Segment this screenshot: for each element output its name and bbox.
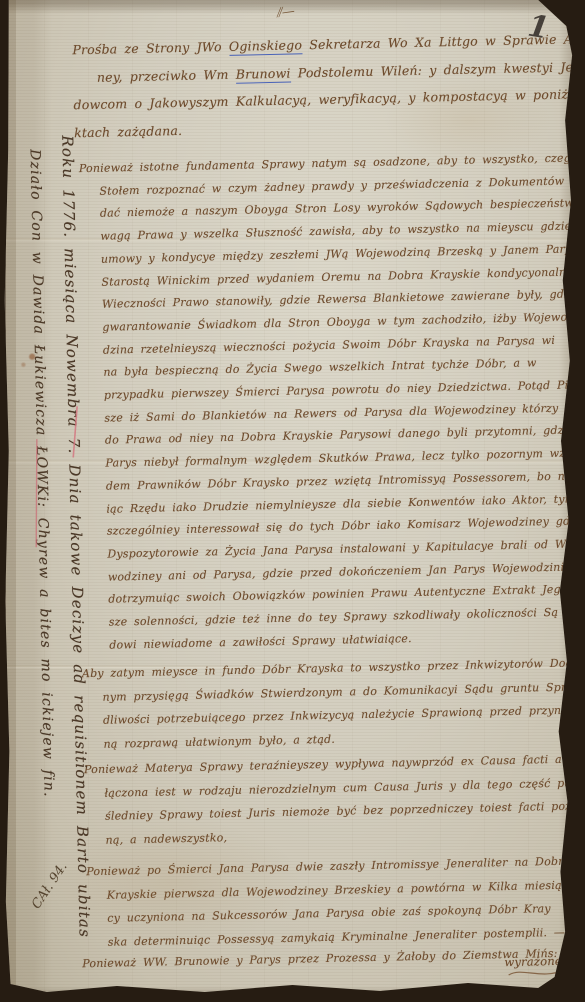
- line-segment: Sekretarza Wo Xa Littgo w Sprawie Akcess…: [302, 30, 585, 52]
- body-paragraph-4: Ponieważ po Śmierci Jana Parysa dwie zas…: [86, 850, 572, 955]
- line-segment: dowcom o Jakowyszym Kalkulacyą, weryfika…: [73, 85, 585, 112]
- body-paragraph-2: Aby zatym mieysce in fundo Dóbr Krayska …: [82, 651, 585, 756]
- catchword-flourish: [509, 970, 565, 975]
- body-paragraph-3: Ponieważ Materya Sprawy teraźnieyszey wy…: [84, 747, 585, 852]
- underlined-name: Oginskiego: [229, 37, 303, 56]
- underlined-name: Brunowi: [236, 65, 291, 83]
- catchword: wyrażone: [504, 954, 562, 969]
- manuscript-page: ⫽— 1 Prośba ze Strony JWo Oginskiego Sek…: [0, 0, 585, 1002]
- body-paragraph-1: Ponieważ istotne fundamenta Sprawy natym…: [79, 146, 585, 657]
- scan-background: ⫽— 1 Prośba ze Strony JWo Oginskiego Sek…: [0, 0, 585, 1002]
- margin-note-action: Działo Con w Dawida Łukiewicza ŁOWKi: Ch…: [27, 149, 61, 979]
- line-segment: Podstolemu Wileń: y dalszym kwestyi Jego…: [290, 58, 585, 80]
- heading-paragraph: Prośba ze Strony JWo Oginskiego Sekretar…: [72, 24, 585, 146]
- line-segment: Prośba ze Strony JWo: [72, 39, 229, 57]
- line-segment: ney, przeciwko Wm: [97, 66, 236, 84]
- line-segment: ktach zażądana.: [74, 122, 182, 139]
- manuscript-content: Prośba ze Strony JWo Oginskiego Sekretar…: [0, 0, 585, 1002]
